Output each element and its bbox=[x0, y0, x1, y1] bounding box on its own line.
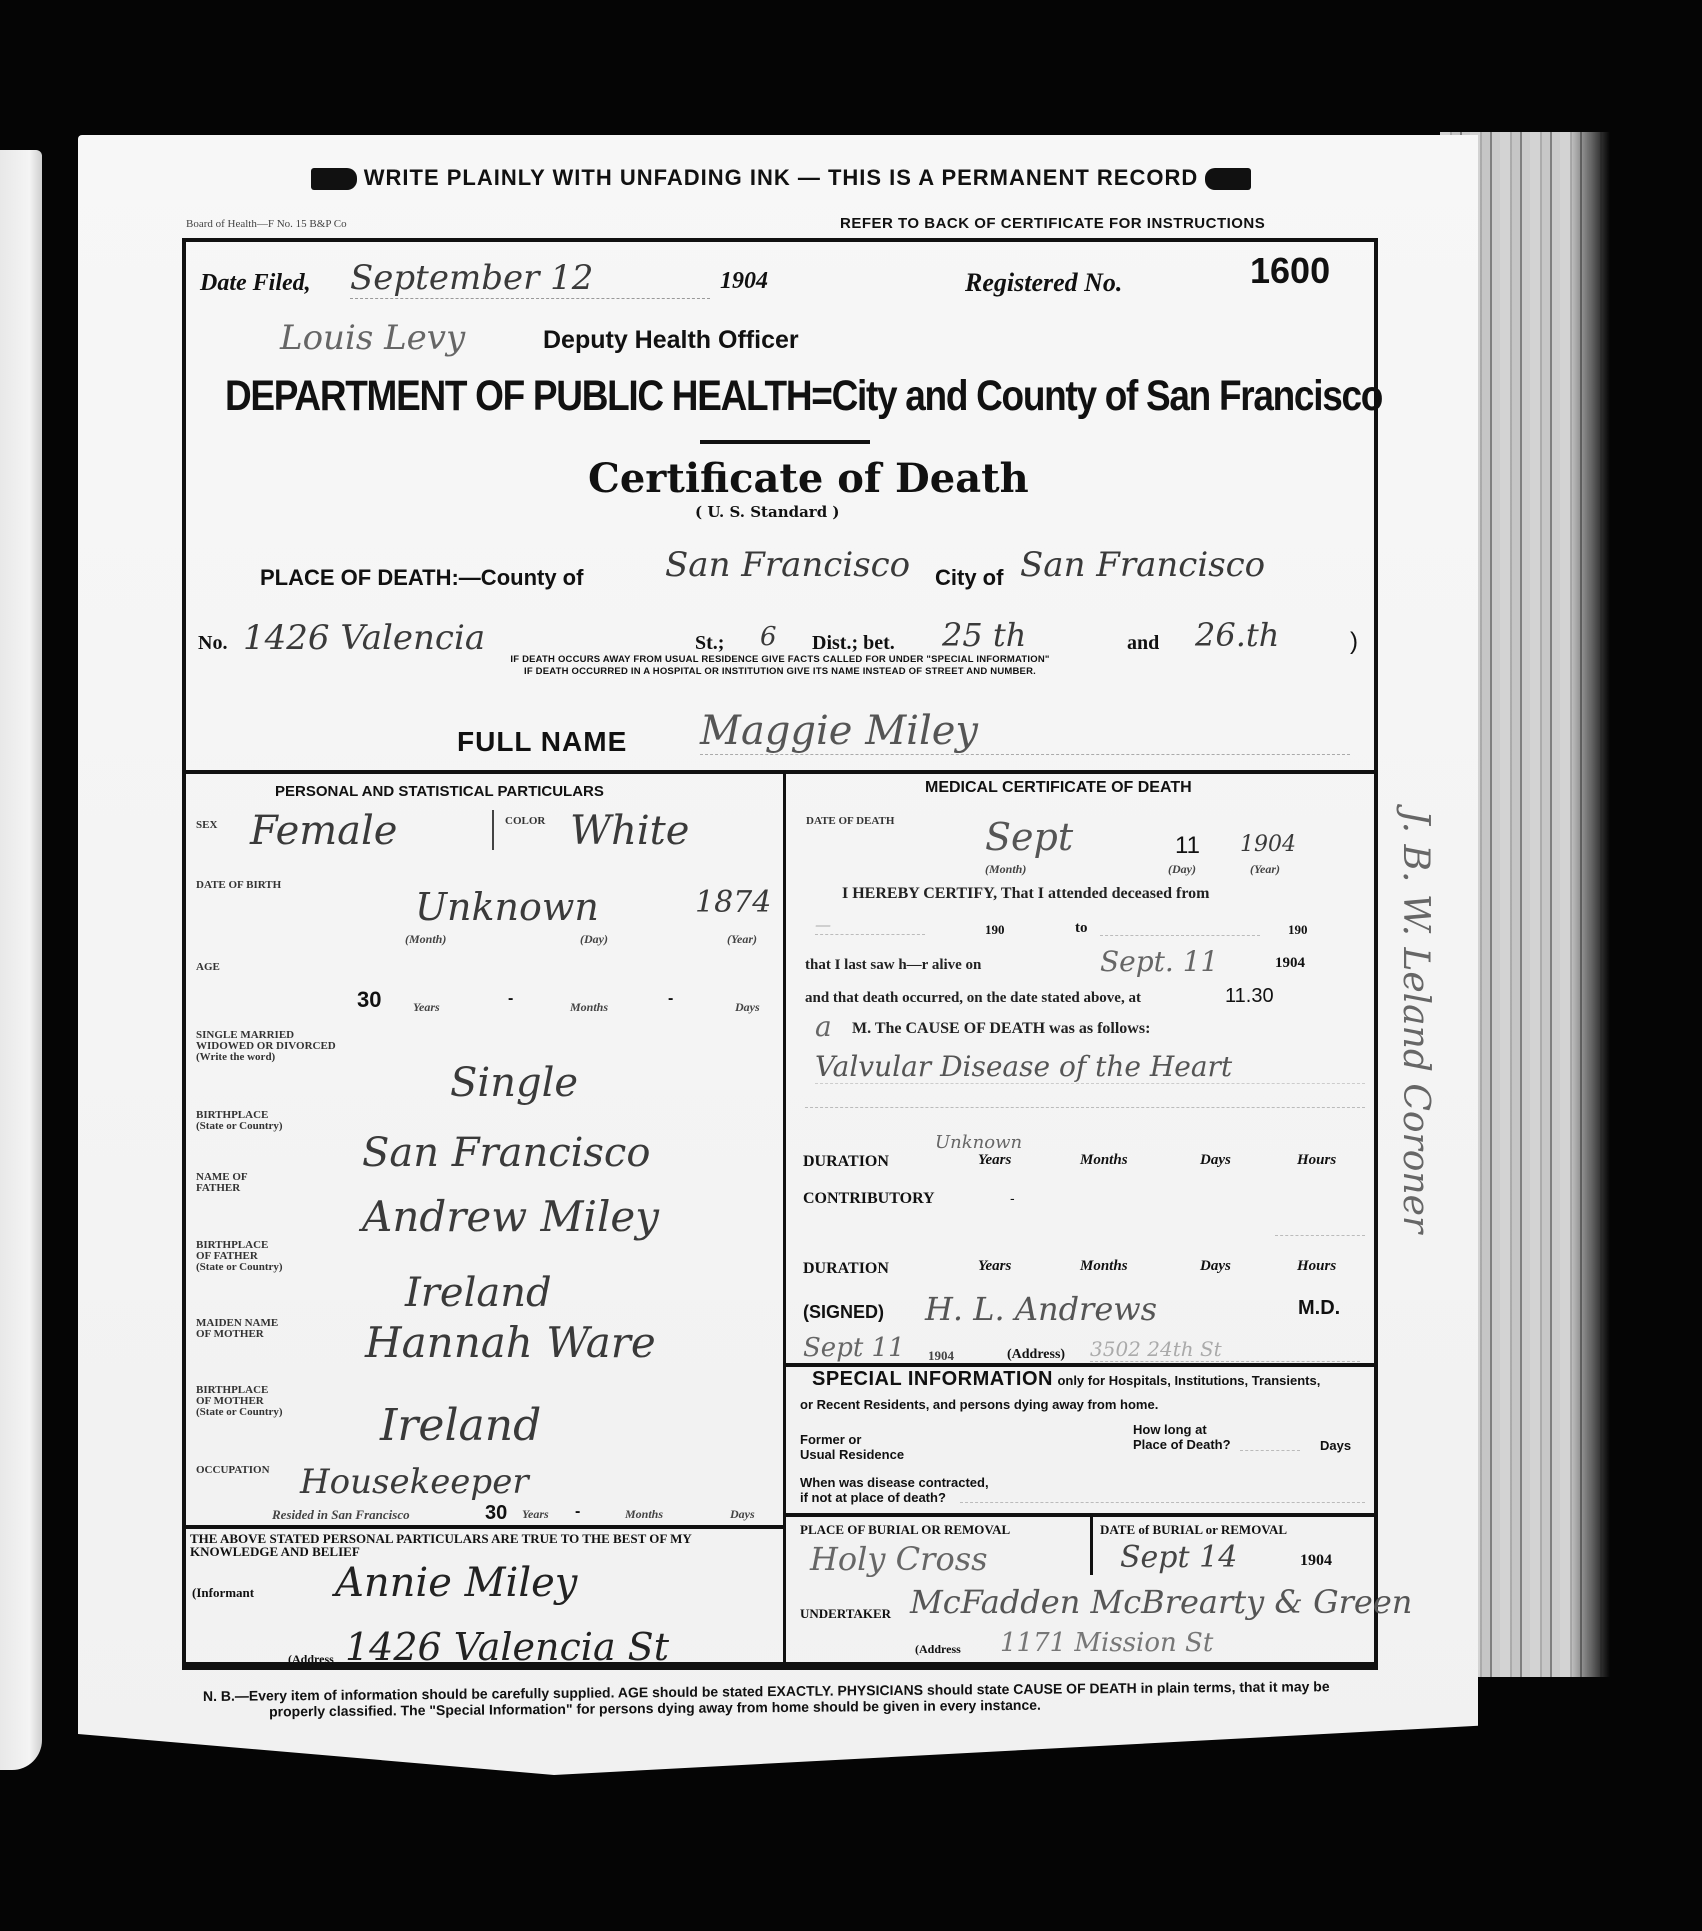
sex-value: Female bbox=[250, 808, 397, 854]
date-filed-year: 1904 bbox=[720, 268, 768, 295]
registered-no-value: 1600 bbox=[1250, 250, 1330, 292]
age-label: AGE bbox=[196, 962, 220, 973]
sex-color-divider bbox=[492, 810, 494, 850]
date-filed-label: Date Filed, bbox=[200, 270, 311, 297]
special-info-scope: only for Hospitals, Institutions, Transi… bbox=[1057, 1373, 1320, 1388]
resided-label: Resided in San Francisco bbox=[272, 1507, 410, 1523]
column-divider bbox=[783, 772, 786, 1665]
residence-note-line-2: IF DEATH OCCURRED IN A HOSPITAL OR INSTI… bbox=[340, 666, 1220, 678]
medical-heading: MEDICAL CERTIFICATE OF DEATH bbox=[925, 779, 1192, 797]
attended-to-year: 190 bbox=[1288, 922, 1308, 938]
mother-label: MAIDEN NAME OF MOTHER bbox=[196, 1318, 278, 1340]
how-long-label-line-2: Place of Death? bbox=[1133, 1437, 1231, 1452]
death-day-caption: (Day) bbox=[1168, 862, 1196, 877]
physician-signature: H. L. Andrews bbox=[925, 1290, 1157, 1328]
resided-months-caption: Months bbox=[625, 1507, 663, 1522]
contrib-months-caption: Months bbox=[1080, 1258, 1128, 1275]
father-label: NAME OF FATHER bbox=[196, 1172, 248, 1194]
mother-name-value: Hannah Ware bbox=[365, 1318, 656, 1367]
former-residence-label: Former or Usual Residence bbox=[800, 1432, 904, 1462]
contributory-duration-label: DURATION bbox=[803, 1260, 889, 1278]
city-label: City of bbox=[935, 565, 1003, 591]
contrib-days-caption: Days bbox=[1200, 1258, 1231, 1275]
county-value: San Francisco bbox=[665, 545, 910, 585]
residence-note-line-1: IF DEATH OCCURS AWAY FROM USUAL RESIDENC… bbox=[340, 654, 1220, 666]
resided-days-caption: Days bbox=[730, 1507, 755, 1522]
undertaker-address-value: 1171 Mission St bbox=[1000, 1628, 1213, 1658]
health-officer-title: Deputy Health Officer bbox=[543, 326, 799, 355]
attended-to-blank bbox=[1100, 925, 1260, 936]
dob-month-caption: (Month) bbox=[405, 932, 446, 947]
pointing-hand-icon bbox=[1205, 168, 1251, 190]
last-saw-label: that I last saw h—r alive on bbox=[805, 957, 981, 974]
contracted-blank bbox=[960, 1500, 1365, 1503]
signed-year-value: 1904 bbox=[928, 1348, 954, 1364]
how-long-days-label: Days bbox=[1320, 1438, 1351, 1453]
death-time-value: 11.30 bbox=[1225, 985, 1274, 1008]
title-rule bbox=[700, 440, 870, 444]
occupation-label: OCCUPATION bbox=[196, 1465, 270, 1476]
registered-no-label: Registered No. bbox=[965, 268, 1122, 298]
form-code: Board of Health—F No. 15 B&P Co bbox=[186, 218, 347, 230]
contributory-value: - bbox=[1010, 1190, 1015, 1206]
burial-divider bbox=[1090, 1515, 1093, 1575]
age-months-caption: Months bbox=[570, 1000, 608, 1015]
burial-place-label: PLACE OF BURIAL OR REMOVAL bbox=[800, 1522, 1010, 1538]
contrib-hours-caption: Hours bbox=[1297, 1258, 1336, 1275]
duration-years-caption: Years bbox=[978, 1152, 1011, 1169]
place-of-death-label: PLACE OF DEATH:—County of bbox=[260, 565, 583, 591]
duration-label: DURATION bbox=[803, 1153, 889, 1171]
certify-statement: I HEREBY CERTIFY, That I attended deceas… bbox=[842, 885, 1209, 903]
how-long-blank bbox=[1240, 1448, 1300, 1451]
color-label: COLOR bbox=[505, 816, 545, 827]
dob-month-value: Unknown bbox=[415, 885, 599, 929]
mother-birthplace-value: Ireland bbox=[380, 1400, 541, 1451]
sex-label: SEX bbox=[196, 820, 217, 831]
full-name-value: Maggie Miley bbox=[700, 708, 1350, 755]
and-label: and bbox=[1127, 632, 1159, 655]
special-info-rule bbox=[785, 1363, 1376, 1367]
age-days-value: - bbox=[668, 990, 673, 1008]
attended-to-label: to bbox=[1075, 920, 1088, 937]
burial-rule bbox=[785, 1513, 1376, 1517]
former-label-line-1: Former or bbox=[800, 1432, 904, 1447]
md-label: M.D. bbox=[1298, 1297, 1340, 1320]
contributory-label: CONTRIBUTORY bbox=[803, 1190, 935, 1208]
residence-note: IF DEATH OCCURS AWAY FROM USUAL RESIDENC… bbox=[340, 654, 1220, 678]
contributory-blank-line bbox=[1275, 1233, 1365, 1236]
last-saw-year-value: 1904 bbox=[1275, 955, 1305, 972]
burial-place-value: Holy Cross bbox=[810, 1540, 988, 1578]
physician-address-value: 3502 24th St bbox=[1090, 1337, 1360, 1362]
informant-rule bbox=[186, 1525, 783, 1529]
last-saw-date-value: Sept. 11 bbox=[1100, 945, 1218, 978]
health-officer-signature: Louis Levy bbox=[280, 318, 465, 358]
instructions-note: REFER TO BACK OF CERTIFICATE FOR INSTRUC… bbox=[840, 215, 1265, 232]
attended-from-year: 190 bbox=[985, 922, 1005, 938]
full-name-label: FULL NAME bbox=[457, 726, 627, 758]
signed-date-value: Sept 11 bbox=[803, 1333, 905, 1363]
coroner-margin-note: J. B. W. Leland Coroner bbox=[1395, 810, 1436, 1233]
death-time-label: and that death occurred, on the date sta… bbox=[805, 990, 1141, 1007]
death-month-caption: (Month) bbox=[985, 862, 1026, 877]
special-info-title: SPECIAL INFORMATION bbox=[812, 1368, 1053, 1390]
pointing-hand-icon bbox=[311, 168, 357, 190]
age-years-caption: Years bbox=[413, 1000, 440, 1015]
undertaker-label: UNDERTAKER bbox=[800, 1606, 891, 1622]
adjacent-left-page bbox=[0, 150, 42, 1770]
occupation-value: Housekeeper bbox=[300, 1462, 529, 1502]
dob-year-value: 1874 bbox=[695, 885, 771, 920]
death-year-value: 1904 bbox=[1240, 832, 1296, 857]
informant-address-label: (Address bbox=[288, 1652, 334, 1667]
duration-days-caption: Days bbox=[1200, 1152, 1231, 1169]
marital-label-line-3: (Write the word) bbox=[196, 1052, 336, 1063]
attended-from-value: — bbox=[815, 915, 925, 935]
certificate-title: Certificate of Death bbox=[588, 455, 1029, 502]
father-birthplace-label: BIRTHPLACE OF FATHER (State or Country) bbox=[196, 1240, 283, 1273]
mother-bp-label-line-3: (State or Country) bbox=[196, 1407, 283, 1418]
cause-of-death-value: Valvular Disease of the Heart bbox=[815, 1050, 1365, 1084]
cross-street-1: 25 th bbox=[942, 616, 1026, 654]
father-label-line-2: FATHER bbox=[196, 1183, 248, 1194]
how-long-label-line-1: How long at bbox=[1133, 1422, 1231, 1437]
district-value: 6 bbox=[760, 622, 777, 652]
burial-date-label: DATE of BURIAL or REMOVAL bbox=[1100, 1522, 1287, 1538]
burial-date-value: Sept 14 bbox=[1120, 1540, 1237, 1575]
permanent-record-banner: WRITE PLAINLY WITH UNFADING INK — THIS I… bbox=[236, 165, 1326, 191]
am-pm-value: a bbox=[815, 1010, 832, 1043]
personal-heading: PERSONAL AND STATISTICAL PARTICULARS bbox=[275, 783, 604, 800]
street-address-value: 1426 Valencia bbox=[243, 618, 485, 658]
undertaker-address-label: (Address bbox=[915, 1642, 961, 1657]
color-value: White bbox=[570, 808, 689, 854]
contracted-label-line-1: When was disease contracted, bbox=[800, 1475, 989, 1490]
birthplace-value: San Francisco bbox=[362, 1130, 650, 1176]
informant-statement: THE ABOVE STATED PERSONAL PARTICULARS AR… bbox=[190, 1532, 770, 1558]
duration-hours-caption: Hours bbox=[1297, 1152, 1336, 1169]
physician-address-label: (Address) bbox=[1007, 1347, 1065, 1363]
dob-label: DATE OF BIRTH bbox=[196, 880, 281, 891]
banner-text: WRITE PLAINLY WITH UNFADING INK — THIS I… bbox=[364, 165, 1199, 190]
marital-value: Single bbox=[450, 1060, 578, 1106]
special-info-heading: SPECIAL INFORMATION only for Hospitals, … bbox=[812, 1372, 1372, 1388]
former-label-line-2: Usual Residence bbox=[800, 1447, 904, 1462]
paren-close: ) bbox=[1350, 628, 1358, 656]
birthplace-label: BIRTHPLACE (State or Country) bbox=[196, 1110, 283, 1132]
street-label: St.; bbox=[695, 632, 724, 655]
street-no-label: No. bbox=[198, 632, 227, 655]
duration-months-caption: Months bbox=[1080, 1152, 1128, 1169]
father-birthplace-value: Ireland bbox=[405, 1270, 552, 1316]
date-of-death-label: DATE OF DEATH bbox=[806, 816, 894, 827]
mother-birthplace-label: BIRTHPLACE OF MOTHER (State or Country) bbox=[196, 1385, 283, 1418]
informant-label: (Informant bbox=[192, 1585, 254, 1601]
special-info-scope-line-2: or Recent Residents, and persons dying a… bbox=[800, 1397, 1158, 1412]
mother-label-line-2: OF MOTHER bbox=[196, 1329, 278, 1340]
department-title: DEPARTMENT OF PUBLIC HEALTH=City and Cou… bbox=[225, 372, 1382, 421]
father-name-value: Andrew Miley bbox=[362, 1192, 659, 1241]
dob-day-caption: (Day) bbox=[580, 932, 608, 947]
informant-address-value: 1426 Valencia St bbox=[345, 1625, 669, 1669]
resided-years-value: 30 bbox=[485, 1502, 507, 1525]
birthplace-label-line-2: (State or Country) bbox=[196, 1121, 283, 1132]
dob-year-caption: (Year) bbox=[727, 932, 757, 947]
date-filed-value: September 12 bbox=[350, 258, 710, 299]
burial-year-value: 1904 bbox=[1300, 1552, 1332, 1570]
death-day-value: 11 bbox=[1175, 832, 1200, 860]
how-long-label: How long at Place of Death? bbox=[1133, 1422, 1231, 1452]
resided-months-value: - bbox=[575, 1503, 580, 1521]
contrib-years-caption: Years bbox=[978, 1258, 1011, 1275]
section-rule bbox=[186, 770, 1376, 774]
resided-years-caption: Years bbox=[522, 1507, 549, 1522]
district-between-label: Dist.; bet. bbox=[812, 632, 895, 655]
father-bp-label-line-3: (State or Country) bbox=[196, 1262, 283, 1273]
cause-blank-line bbox=[805, 1105, 1365, 1108]
duration-value: Unknown bbox=[935, 1132, 1022, 1153]
death-year-caption: (Year) bbox=[1250, 862, 1280, 877]
us-standard-label: ( U. S. Standard ) bbox=[695, 503, 840, 521]
city-value: San Francisco bbox=[1020, 545, 1265, 585]
informant-name-value: Annie Miley bbox=[335, 1560, 577, 1606]
undertaker-value: McFadden McBrearty & Green bbox=[910, 1583, 1412, 1621]
death-month-value: Sept bbox=[985, 815, 1073, 859]
cross-street-2: 26.th bbox=[1195, 616, 1279, 654]
signed-label: (SIGNED) bbox=[803, 1302, 884, 1323]
cause-label: M. The CAUSE OF DEATH was as follows: bbox=[852, 1020, 1150, 1038]
age-months-value: - bbox=[508, 990, 513, 1008]
age-years-value: 30 bbox=[357, 987, 381, 1013]
age-days-caption: Days bbox=[735, 1000, 760, 1015]
marital-label: SINGLE MARRIED WIDOWED OR DIVORCED (Writ… bbox=[196, 1030, 336, 1063]
